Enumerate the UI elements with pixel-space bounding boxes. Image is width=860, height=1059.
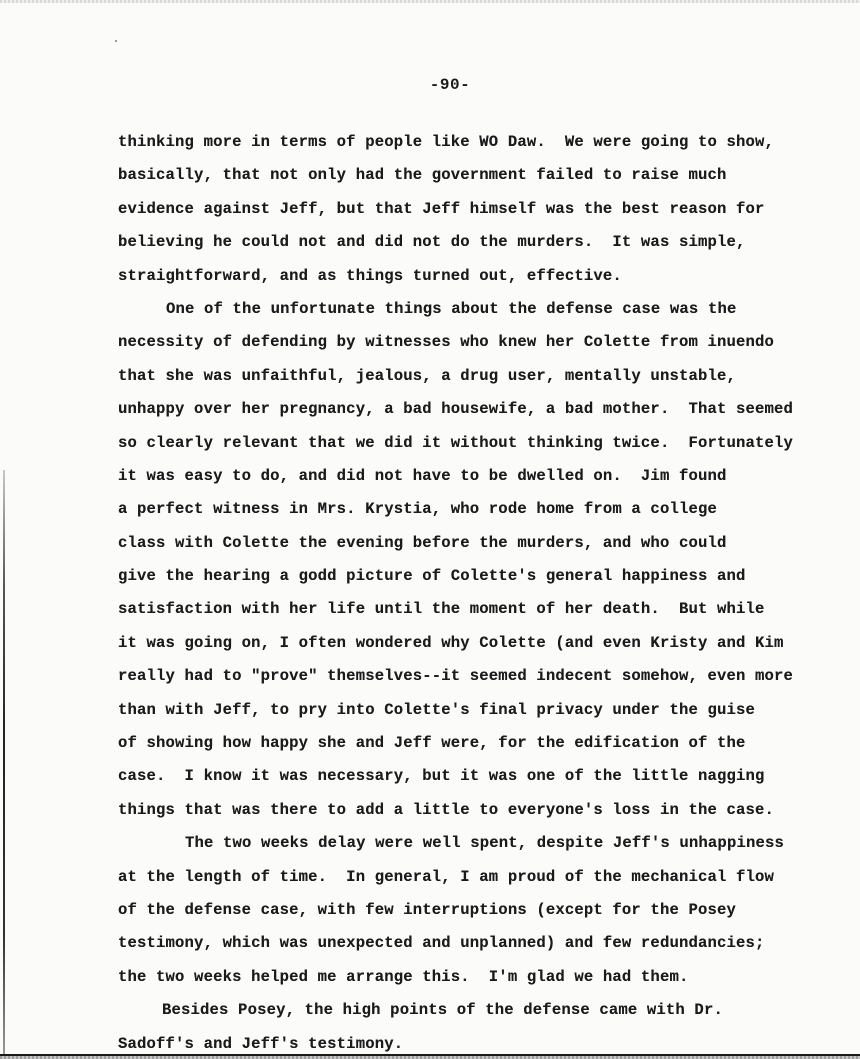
- text-line: of showing how happy she and Jeff were, …: [118, 727, 860, 760]
- text-line: of the defense case, with few interrupti…: [118, 894, 860, 927]
- scan-speck: [115, 40, 117, 42]
- text-line: the two weeks helped me arrange this. I'…: [118, 961, 860, 994]
- text-line: give the hearing a godd picture of Colet…: [118, 560, 860, 593]
- text-line: believing he could not and did not do th…: [118, 226, 860, 259]
- scan-left-edge-line: [3, 470, 5, 1055]
- text-line: basically, that not only had the governm…: [118, 159, 860, 192]
- scan-top-edge: [0, 0, 860, 3]
- text-line: a perfect witness in Mrs. Krystia, who r…: [118, 493, 860, 526]
- typewritten-body: thinking more in terms of people like WO…: [118, 126, 860, 1059]
- text-line: thinking more in terms of people like WO…: [118, 126, 860, 159]
- text-line: case. I know it was necessary, but it wa…: [118, 760, 860, 793]
- text-line: than with Jeff, to pry into Colette's fi…: [118, 694, 860, 727]
- text-line: testimony, which was unexpected and unpl…: [118, 927, 860, 960]
- text-line: straightforward, and as things turned ou…: [118, 260, 860, 293]
- page-number: -90-: [0, 76, 860, 94]
- text-line: class with Colette the evening before th…: [118, 527, 860, 560]
- text-line: so clearly relevant that we did it witho…: [118, 427, 860, 460]
- text-line: satisfaction with her life until the mom…: [118, 593, 860, 626]
- text-line: it was easy to do, and did not have to b…: [118, 460, 860, 493]
- text-line: necessity of defending by witnesses who …: [118, 326, 860, 359]
- text-line: things that was there to add a little to…: [118, 794, 860, 827]
- text-line: evidence against Jeff, but that Jeff him…: [118, 193, 860, 226]
- text-line: that she was unfaithful, jealous, a drug…: [118, 360, 860, 393]
- text-line: at the length of time. In general, I am …: [118, 861, 860, 894]
- text-line: it was going on, I often wondered why Co…: [118, 627, 860, 660]
- text-line: unhappy over her pregnancy, a bad housew…: [118, 393, 860, 426]
- text-line: really had to "prove" themselves--it see…: [118, 660, 860, 693]
- paragraph-start-line: Besides Posey, the high points of the de…: [118, 994, 860, 1027]
- paragraph-start-line: One of the unfortunate things about the …: [118, 293, 860, 326]
- paragraph-start-line: The two weeks delay were well spent, des…: [118, 827, 860, 860]
